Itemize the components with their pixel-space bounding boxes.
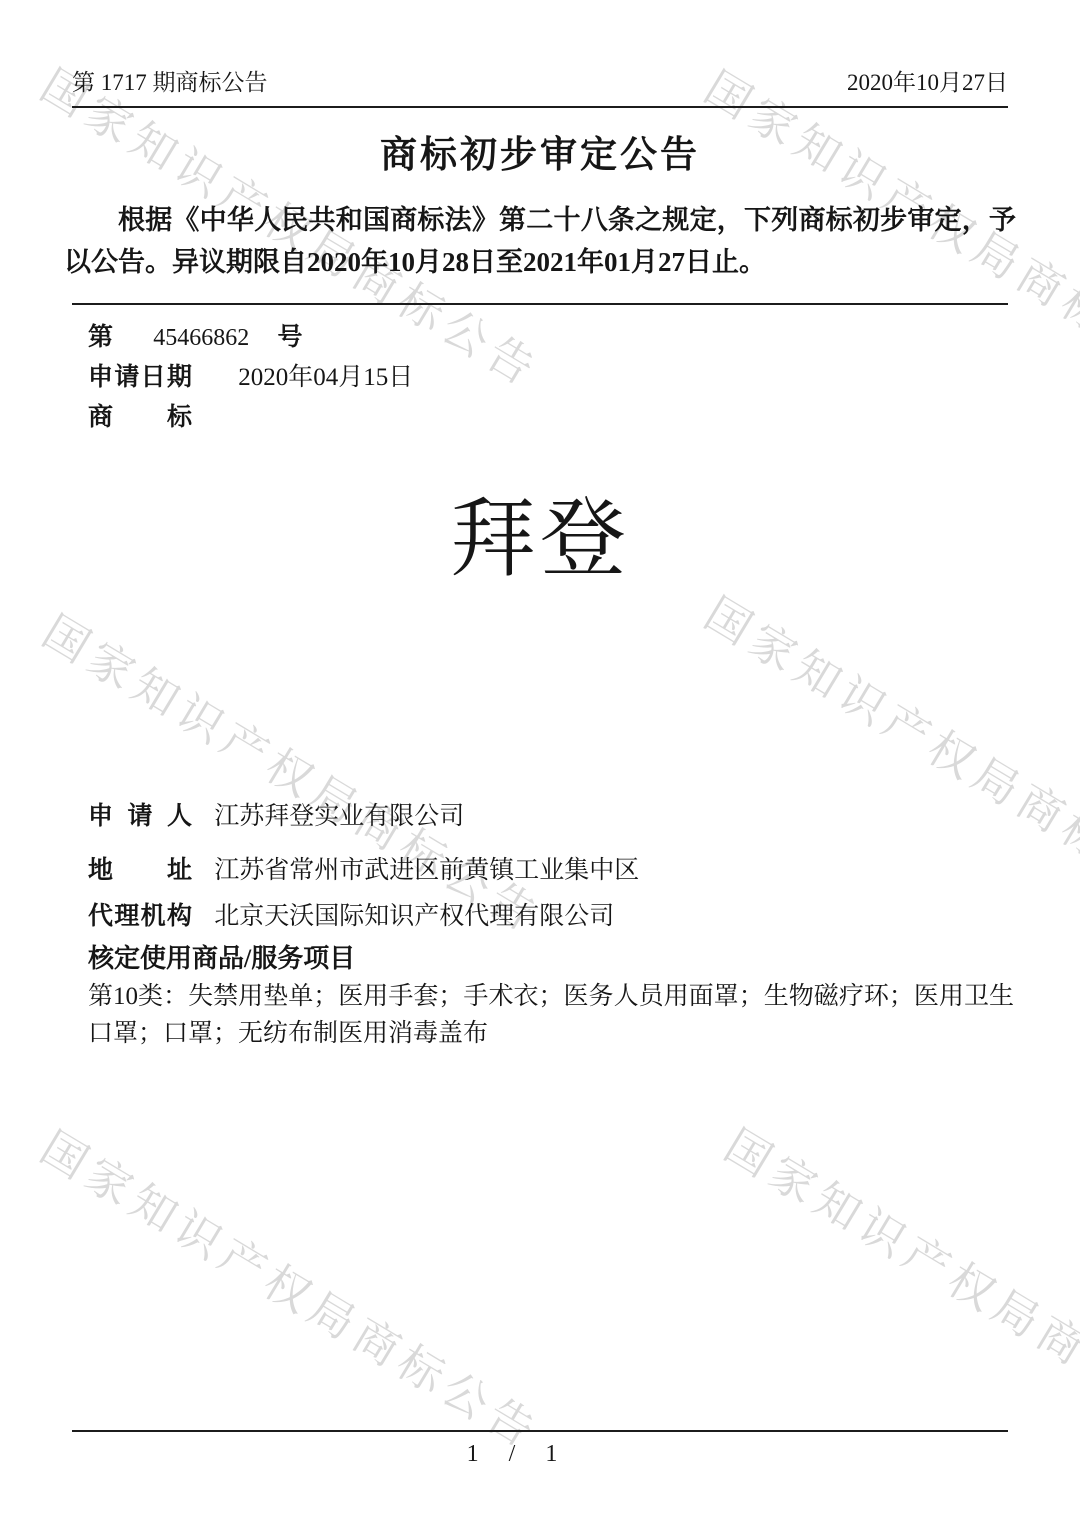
agency-label: 代理机构 — [88, 896, 192, 932]
applicant-value: 江苏拜登实业有限公司 — [214, 803, 464, 830]
agency-row: 代理机构 北京天沃国际知识产权代理有限公司 — [88, 896, 614, 932]
application-date-row: 申请日期 2020年04月15日 — [88, 357, 413, 393]
application-date-value: 2020年04月15日 — [238, 364, 413, 391]
applicant-row: 申请人 江苏拜登实业有限公司 — [88, 796, 464, 832]
intro-paragraph: 根据《中华人民共和国商标法》第二十八条之规定，下列商标初步审定，予以公告。异议期… — [64, 199, 1016, 283]
goods-section-title: 核定使用商品/服务项目 — [88, 938, 355, 975]
page-separator: / — [509, 1441, 516, 1467]
agency-value: 北京天沃国际知识产权代理有限公司 — [214, 903, 614, 930]
gazette-page: 国家知识产权局商标公告 国家知识产权局商标公告 国家知识产权局商标公告 国家知识… — [0, 0, 1080, 1528]
publication-date: 2020年10月27日 — [847, 64, 1008, 97]
total-page-number: 1 — [545, 1441, 557, 1467]
registration-number: 45466862 — [153, 325, 249, 351]
content-layer: 第 1717 期商标公告 2020年10月27日 商标初步审定公告 根据《中华人… — [0, 0, 1080, 1528]
address-row: 地址 江苏省常州市武进区前黄镇工业集中区 — [88, 850, 639, 886]
header-rule — [72, 106, 1008, 108]
page-indicator: 1 / 1 — [0, 1441, 1024, 1468]
address-label: 地址 — [88, 850, 192, 886]
applicant-label: 申请人 — [88, 796, 192, 832]
intro-rule — [72, 303, 1008, 305]
trademark-label-row: 商标 — [88, 397, 192, 433]
page-title: 商标初步审定公告 — [0, 124, 1080, 178]
application-date-label: 申请日期 — [88, 357, 192, 393]
footer-rule — [72, 1430, 1008, 1432]
address-value: 江苏省常州市武进区前黄镇工业集中区 — [214, 857, 639, 884]
registration-suffix: 号 — [278, 324, 303, 351]
gazette-issue-number: 第 1717 期商标公告 — [72, 64, 268, 97]
trademark-name: 拜登 — [0, 486, 1080, 594]
trademark-label: 商标 — [88, 397, 192, 433]
current-page-number: 1 — [467, 1441, 479, 1467]
registration-number-row: 第 45466862 号 — [88, 317, 303, 353]
goods-list: 第10类：失禁用垫单；医用手套；手术衣；医务人员用面罩；生物磁疗环；医用卫生口罩… — [88, 978, 1014, 1052]
registration-prefix: 第 — [88, 324, 113, 351]
page-header: 第 1717 期商标公告 2020年10月27日 — [72, 64, 1008, 97]
